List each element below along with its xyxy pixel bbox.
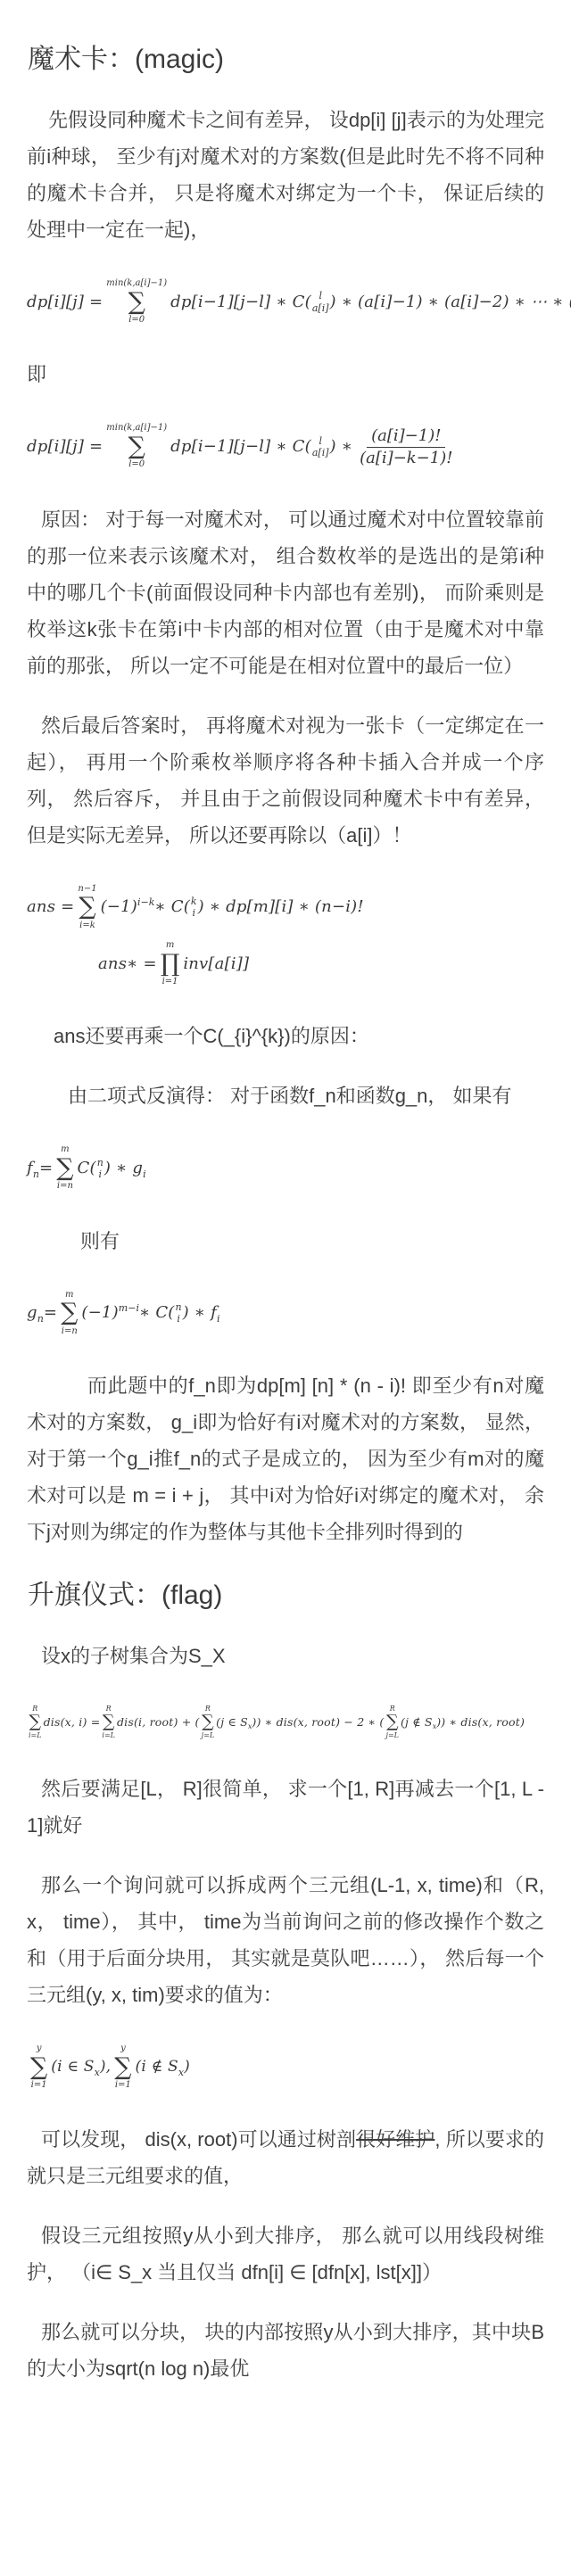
heading-flag: 升旗仪式：(flag) — [28, 1577, 544, 1614]
formula-token-txt: ) ∗ dp[m][i] ∗ (n−i)! — [198, 899, 364, 915]
paragraph-magic-intro: 先假设同种魔术卡之间有差异， 设dp[i] [j]表示的为处理完前i种球， 至少… — [27, 102, 544, 248]
formula-token-sub: n — [33, 1169, 39, 1179]
formula-token-txt: ∗ C( — [154, 899, 190, 915]
formula-token-txt: inv[a[i]] — [183, 956, 249, 972]
formula-token-txt: (−1) — [101, 899, 137, 915]
formula-token-txt: dp[i][j] = — [27, 294, 103, 310]
formula-token-txt: (i ∉ S — [136, 2060, 178, 2075]
formula-token-txt: = — [44, 1305, 57, 1321]
formula-token-stack: la[i] — [312, 435, 329, 458]
formula-token-txt: (i ∈ S — [51, 2060, 94, 2075]
formula-token-lim: R∑i=L — [29, 1705, 42, 1740]
formula-token-lim: n−1∑i=k — [78, 884, 96, 931]
formula-dp-factorial: dp[i][j] = min(k,a[i]−1)∑l=0 dp[i−1][j−l… — [27, 423, 544, 470]
formula-token-txt: )) ∗ dis(x, root) − 2 ∗ ( — [252, 1717, 384, 1729]
formula-ans-inv-product: ans∗ = m∏i=1inv[a[i]] — [98, 940, 544, 987]
formula-token-txt: (j ∉ S — [401, 1717, 433, 1729]
formula-token-txt: ) ∗ — [330, 439, 353, 455]
formula-token-stack: la[i] — [312, 290, 329, 313]
formula-token-txt: ), — [100, 2060, 111, 2075]
formula-token-lim: R∑j=L — [385, 1705, 399, 1740]
paragraph-magic-reason: 原因： 对于每一对魔术对， 可以通过魔术对中位置较靠前的那一位来表示该魔术对， … — [27, 501, 544, 684]
formula-token-lim: y∑i=1 — [114, 2043, 131, 2091]
formula-token-sup: m−i — [119, 1303, 139, 1313]
dis-maintain-pre: 可以发现， dis(x, root)可以通过树剖 — [41, 2128, 356, 2151]
formula-token-txt: ) ∗ g — [104, 1160, 143, 1177]
formula-token-lim: m∏i=1 — [161, 940, 180, 987]
formula-token-stack: ni — [97, 1157, 103, 1180]
formula-token-txt: ans = — [27, 899, 74, 915]
formula-token-lim: m∑i=n — [61, 1290, 78, 1337]
paragraph-ji: 即 — [27, 356, 544, 392]
formula-token-stack: ki — [191, 896, 197, 919]
formula-token-txt: (−1) — [81, 1305, 118, 1321]
formula-token-txt: = — [39, 1160, 53, 1177]
formula-token-txt: g — [27, 1305, 37, 1321]
formula-token-txt: ∗ C( — [139, 1305, 175, 1321]
paragraph-dis-maintain: 可以发现， dis(x, root)可以通过树剖很好维护, 所以要求的就只是三元… — [27, 2121, 544, 2194]
formula-token-lim: m∑i=n — [56, 1144, 73, 1192]
formula-token-lim: min(k,a[i]−1)∑l=0 — [106, 423, 167, 470]
dis-maintain-strikethrough: 很好维护 — [356, 2128, 434, 2151]
paragraph-then: 则有 — [27, 1223, 544, 1259]
formula-token-stack: ni — [176, 1301, 182, 1325]
formula-gn-sum: gn = m∑i=n(−1)m−i ∗ C(ni) ∗ fi — [27, 1290, 544, 1337]
formula-token-txt: (j ∈ S — [216, 1717, 248, 1729]
formula-token-lim: R∑j=L — [202, 1705, 215, 1740]
paragraph-binomial-inversion: 由二项式反演得： 对于函数f_n和函数g_n， 如果有 — [27, 1077, 544, 1114]
paragraph-ans-c-reason: ans还要再乘一个C(_{i}^{k})的原因： — [27, 1018, 544, 1054]
formula-token-sub: i — [143, 1169, 146, 1179]
formula-token-txt: C( — [78, 1160, 96, 1177]
paragraph-lr-range: 然后要满足[L， R]很简单， 求一个[1, R]再减去一个[1, L - 1]… — [27, 1771, 544, 1844]
formula-token-frac: (a[i]−1)!(a[i]−k−1)! — [355, 428, 457, 466]
paragraph-magic-final: 然后最后答案时， 再将魔术对视为一张卡（一定绑定在一起）， 再用一个阶乘枚举顺序… — [27, 707, 544, 854]
formula-fn-sum: fn = m∑i=nC(ni) ∗ gi — [27, 1144, 544, 1192]
heading-magic: 魔术卡：(magic) — [28, 41, 544, 78]
formula-token-sup: i−k — [137, 897, 154, 907]
formula-token-txt: dis(x, i) = — [44, 1717, 101, 1729]
formula-token-txt: ) ∗ f — [183, 1305, 217, 1321]
paragraph-subtree-set: 设x的子树集合为S_X — [27, 1638, 544, 1674]
paragraph-triple-split: 那么一个询问就可以拆成两个三元组(L-1, x, time)和（R, x， ti… — [27, 1867, 544, 2013]
formula-dis-decomposition: R∑i=Ldis(x, i) = R∑i=Ldis(i, root) + (R∑… — [27, 1705, 544, 1740]
formula-ans-sum: ans = n−1∑i=k(−1)i−k ∗ C(ki) ∗ dp[m][i] … — [27, 884, 544, 931]
formula-dp-product: dp[i][j] = min(k,a[i]−1)∑l=0 dp[i−1][j−l… — [27, 278, 544, 326]
formula-token-sub: i — [217, 1314, 220, 1324]
formula-token-lim: y∑i=1 — [30, 2043, 47, 2091]
formula-token-txt: dp[i−1][j−l] ∗ C( — [170, 439, 311, 455]
paragraph-sort-by-y: 假设三元组按照y从小到大排序， 那么就可以用线段树维护， （i∈ S_x 当且仅… — [27, 2217, 544, 2291]
formula-token-txt: dis(i, root) + ( — [117, 1717, 200, 1729]
formula-token-lim: R∑i=L — [102, 1705, 115, 1740]
formula-token-txt: ans∗ = — [98, 956, 157, 972]
paragraph-block-size: 那么就可以分块， 块的内部按照y从小到大排序，其中块B的大小为sqrt(n lo… — [27, 2314, 544, 2387]
paragraph-fn-explanation: 而此题中的f_n即为dp[m] [n] * (n - i)! 即至少有n对魔术对… — [27, 1367, 544, 1550]
formula-token-txt: f — [27, 1160, 33, 1177]
article-page: 魔术卡：(magic) 先假设同种魔术卡之间有差异， 设dp[i] [j]表示的… — [0, 0, 571, 2576]
formula-token-txt: ) — [184, 2060, 190, 2075]
formula-token-txt: dp[i][j] = — [27, 439, 103, 455]
formula-token-txt: )) ∗ dis(x, root) — [436, 1717, 525, 1729]
formula-subtree-counts: y∑i=1(i ∈ Sx), y∑i=1(i ∉ Sx) — [27, 2043, 544, 2091]
formula-token-txt: ) ∗ (a[i]−1) ∗ (a[i]−2) ∗ ⋯ ∗ (a[i]−k) — [330, 294, 571, 310]
formula-token-txt: dp[i−1][j−l] ∗ C( — [170, 294, 311, 310]
formula-token-sub: n — [37, 1314, 44, 1324]
formula-token-lim: min(k,a[i]−1)∑l=0 — [106, 278, 167, 326]
